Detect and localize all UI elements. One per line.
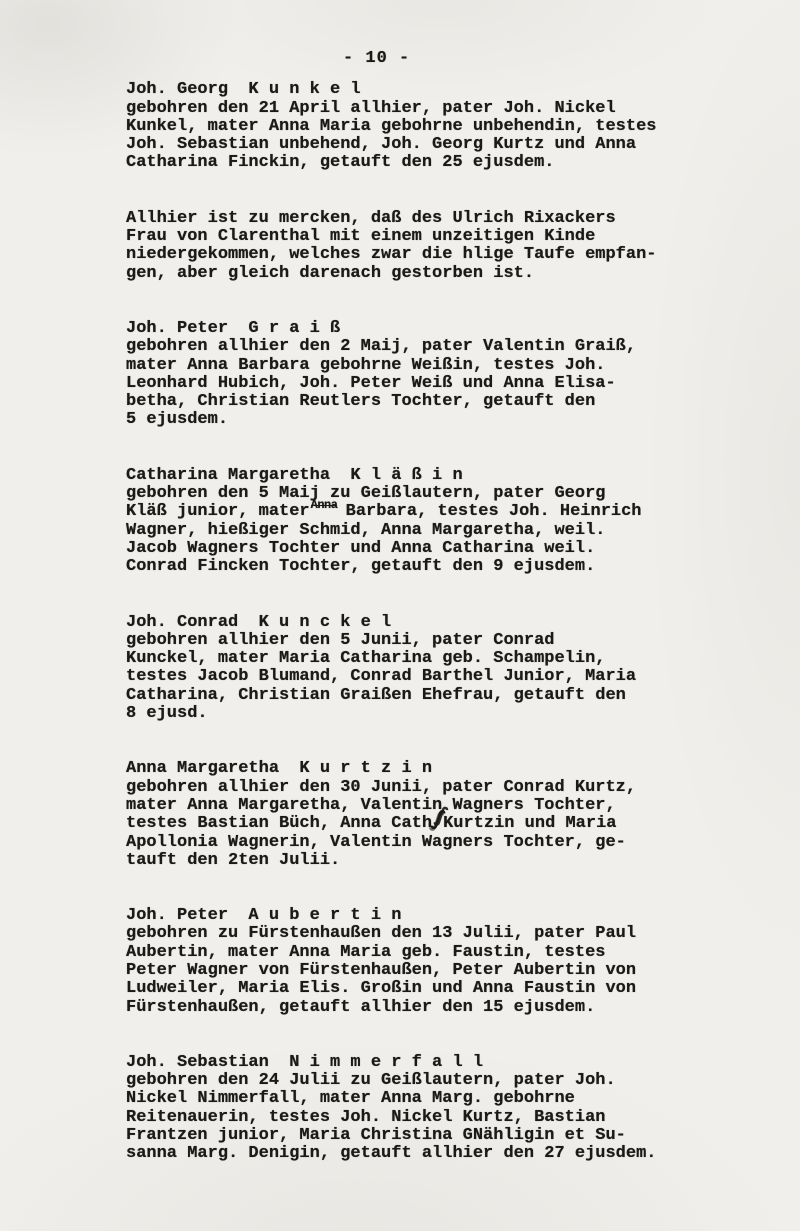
record-line: gebohren den 21 April allhier, pater Joh… bbox=[126, 100, 726, 118]
baptism-record: Joh. Peter G r a i ßgebohren allhier den… bbox=[126, 320, 726, 430]
record-line: gebohren den 5 Maij zu Geißlautern, pate… bbox=[126, 485, 726, 503]
record-line: Kunckel, mater Maria Catharina geb. Scha… bbox=[126, 650, 726, 668]
baptism-record: Joh. Peter A u b e r t i ngebohren zu Fü… bbox=[126, 907, 726, 1017]
baptism-record: Joh. Conrad K u n c k e lgebohren allhie… bbox=[126, 614, 726, 724]
record-line: niedergekommen, welches zwar die hlige T… bbox=[126, 246, 726, 264]
record-line: Fürstenhaußen, getauft allhier den 15 ej… bbox=[126, 999, 726, 1017]
baptism-record: Joh. Georg K u n k e lgebohren den 21 Ap… bbox=[126, 81, 726, 172]
handwritten-scribble-mark: ∫ bbox=[433, 817, 444, 820]
record-line: Wagner, hießiger Schmid, Anna Margaretha… bbox=[126, 522, 726, 540]
record-line: testes Jacob Blumand, Conrad Barthel Jun… bbox=[126, 668, 726, 686]
records: Joh. Georg K u n k e lgebohren den 21 Ap… bbox=[126, 81, 726, 1163]
record-line: 5 ejusdem. bbox=[126, 411, 726, 429]
record-line: mater Anna Margaretha, Valentin Wagners … bbox=[126, 797, 726, 815]
record-line: Kläß junior, materAnna Barbara, testes J… bbox=[126, 503, 726, 521]
record-line: Conrad Fincken Tochter, getauft den 9 ej… bbox=[126, 558, 726, 576]
record-line: Catharina Finckin, getauft den 25 ejusde… bbox=[126, 154, 726, 172]
record-line: betha, Christian Reutlers Tochter, getau… bbox=[126, 393, 726, 411]
record-line: Frantzen junior, Maria Christina GNählig… bbox=[126, 1127, 726, 1145]
baptism-record: Allhier ist zu mercken, daß des Ulrich R… bbox=[126, 210, 726, 283]
record-line: gen, aber gleich darenach gestorben ist. bbox=[126, 265, 726, 283]
record-line: Reitenauerin, testes Joh. Nickel Kurtz, … bbox=[126, 1109, 726, 1127]
record-line: tauft den 2ten Julii. bbox=[126, 852, 726, 870]
record-line: testes Bastian Büch, Anna Cath∫Kurtzin u… bbox=[126, 815, 726, 833]
baptism-record: Catharina Margaretha K l ä ß i ngebohren… bbox=[126, 467, 726, 577]
page-content: - 10 - Joh. Georg K u n k e lgebohren de… bbox=[126, 50, 726, 1201]
record-heading: Catharina Margaretha K l ä ß i n bbox=[126, 467, 726, 485]
page-number: - 10 - bbox=[343, 50, 726, 68]
record-line: Joh. Sebastian unbehend, Joh. Georg Kurt… bbox=[126, 136, 726, 154]
record-line: Catharina, Christian Graißen Ehefrau, ge… bbox=[126, 687, 726, 705]
record-line: Allhier ist zu mercken, daß des Ulrich R… bbox=[126, 210, 726, 228]
record-line: Aubertin, mater Anna Maria geb. Faustin,… bbox=[126, 944, 726, 962]
record-line: Frau von Clarenthal mit einem unzeitigen… bbox=[126, 228, 726, 246]
record-line: Peter Wagner von Fürstenhaußen, Peter Au… bbox=[126, 962, 726, 980]
scanned-register-page: - 10 - Joh. Georg K u n k e lgebohren de… bbox=[0, 0, 800, 1231]
record-line: 8 ejusd. bbox=[126, 705, 726, 723]
record-heading: Joh. Sebastian N i m m e r f a l l bbox=[126, 1054, 726, 1072]
record-heading: Joh. Conrad K u n c k e l bbox=[126, 614, 726, 632]
record-line: mater Anna Barbara gebohrne Weißin, test… bbox=[126, 357, 726, 375]
record-line: Nickel Nimmerfall, mater Anna Marg. gebo… bbox=[126, 1090, 726, 1108]
record-line: Leonhard Hubich, Joh. Peter Weiß und Ann… bbox=[126, 375, 726, 393]
record-heading: Joh. Peter G r a i ß bbox=[126, 320, 726, 338]
baptism-record: Anna Margaretha K u r t z i ngebohren al… bbox=[126, 760, 726, 870]
record-line: gebohren zu Fürstenhaußen den 13 Julii, … bbox=[126, 925, 726, 943]
record-line: gebohren den 24 Julii zu Geißlautern, pa… bbox=[126, 1072, 726, 1090]
record-heading: Joh. Peter A u b e r t i n bbox=[126, 907, 726, 925]
record-line: Apollonia Wagnerin, Valentin Wagners Toc… bbox=[126, 834, 726, 852]
record-line: gebohren allhier den 2 Maij, pater Valen… bbox=[126, 338, 726, 356]
record-line: Jacob Wagners Tochter und Anna Catharina… bbox=[126, 540, 726, 558]
record-line: Kunkel, mater Anna Maria gebohrne unbehe… bbox=[126, 118, 726, 136]
inserted-word-annotation: Anna bbox=[311, 505, 338, 506]
record-line: gebohren allhier den 5 Junii, pater Conr… bbox=[126, 632, 726, 650]
record-heading: Joh. Georg K u n k e l bbox=[126, 81, 726, 99]
record-line: gebohren allhier den 30 Junii, pater Con… bbox=[126, 779, 726, 797]
record-line: sanna Marg. Denigin, getauft allhier den… bbox=[126, 1145, 726, 1163]
baptism-record: Joh. Sebastian N i m m e r f a l lgebohr… bbox=[126, 1054, 726, 1164]
record-heading: Anna Margaretha K u r t z i n bbox=[126, 760, 726, 778]
record-line: Ludweiler, Maria Elis. Großin und Anna F… bbox=[126, 980, 726, 998]
